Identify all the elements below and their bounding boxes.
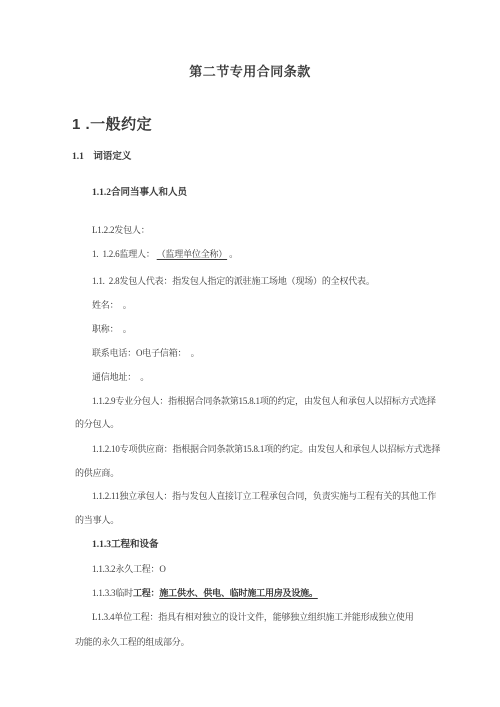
field-phone-email: 联系电话：O电子信箱： 。 xyxy=(92,347,199,359)
clause-supplier-line2: 的供应商。 xyxy=(75,467,119,479)
clause-employer: L1.2.2发包人： xyxy=(92,224,150,236)
field-address: 通信地址： 。 xyxy=(92,371,149,383)
clause-employer-rep: 1.1. 2.8发包人代表：指发包人指定的派驻施工场地（现场）的全权代表。 xyxy=(92,275,375,287)
sub-heading-definitions: 1.1 词语定义 xyxy=(72,151,131,163)
clause-works-heading: 1.1.3工程和设备 xyxy=(92,539,159,551)
clause-supervisor-prefix: 1. 1.2.6监理人： xyxy=(92,249,157,259)
field-job-title: 职称： 。 xyxy=(92,323,132,335)
clause-unit-works-line1: L1.3.4单位工程：指具有相对独立的设计文件，能够独立组织施工并能形成独立使用 xyxy=(92,611,414,623)
document-title: 第二节专用合同条款 xyxy=(0,66,500,78)
clause-independent-line2: 的当事人。 xyxy=(75,514,119,526)
clause-temp-works: 1.1.3.3临时工程：施工供水、供电、临时施工用房及设施。 xyxy=(92,587,318,599)
clause-parties-heading: 1.1.2合同当事人和人员 xyxy=(92,187,187,199)
clause-sub-contractor-line2: 的分包人。 xyxy=(75,418,119,430)
clause-permanent-works: 1.1.3.2永久工程：O xyxy=(92,563,166,575)
clause-unit-works-line2: 功能的永久工程的组成部分。 xyxy=(75,636,189,648)
clause-sub-contractor-line1: 1.1.2.9专业分包人：指根据合同条款第15.8.1项的约定，由发包人和承包人… xyxy=(92,395,436,407)
clause-temp-works-underline: 施工供水、供电、临时施工用房及设施。 xyxy=(159,588,317,598)
clause-independent-line1: 1.1.2.11独立承包人：指与发包人直接订立工程承包合同，负责实施与工程有关的… xyxy=(92,490,436,502)
clause-supervisor-blank: （监理单位全称） xyxy=(157,249,227,259)
clause-supervisor-suffix: 。 xyxy=(227,249,238,259)
field-name: 姓名： 。 xyxy=(92,299,132,311)
clause-supervisor: 1. 1.2.6监理人： （监理单位全称） 。 xyxy=(92,248,238,260)
clause-temp-works-bold: 工程： xyxy=(133,588,159,598)
clause-supplier-line1: 1.1.2.10专项供应商：指根据合同条款第15.8.1项的约定。由发包人和承包… xyxy=(92,443,440,455)
document-page: 第二节专用合同条款 1 .一般约定 1.1 词语定义 1.1.2合同当事人和人员… xyxy=(0,0,500,707)
section-heading: 1 .一般约定 xyxy=(72,119,152,131)
clause-temp-works-prefix: 1.1.3.3临时 xyxy=(92,588,133,598)
